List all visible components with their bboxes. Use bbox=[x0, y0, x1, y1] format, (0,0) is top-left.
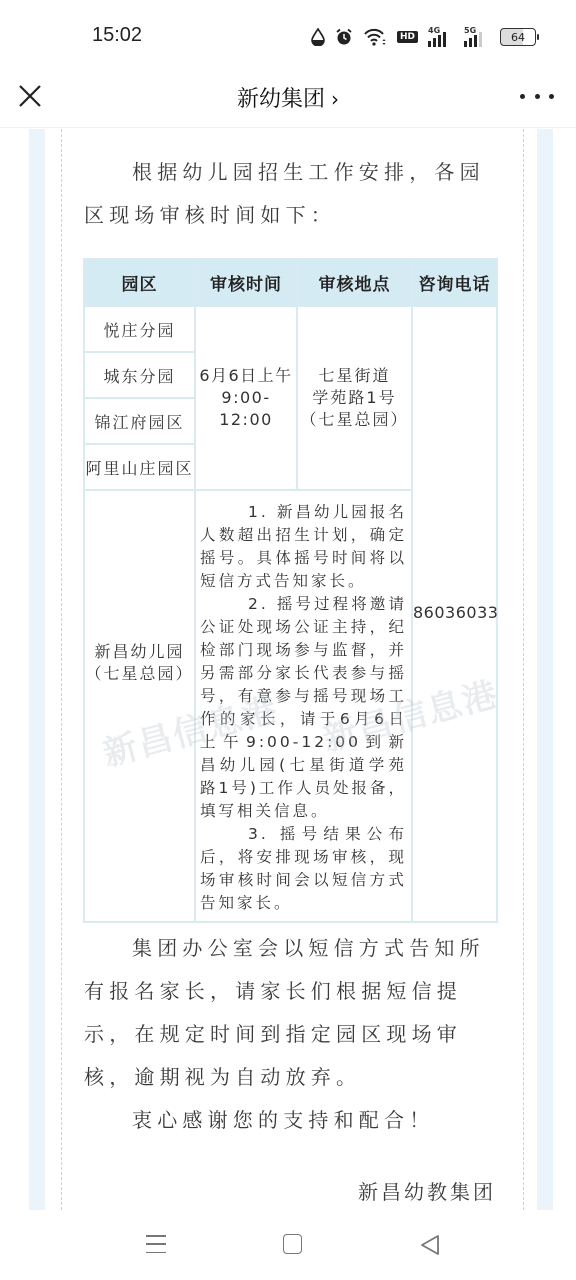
campus-cell: 悦庄分园 bbox=[84, 306, 195, 352]
note-item: 1. 新昌幼儿园报名人数超出招生计划，确定摇号。具体摇号时间将以短信方式告知家长… bbox=[200, 501, 407, 593]
intro-paragraph: 根据幼儿园招生工作安排，各园区现场审核时间如下： bbox=[84, 151, 496, 237]
review-time-cell: 6月6日上午 9:00-12:00 bbox=[195, 306, 297, 490]
campus-cell: 城东分园 bbox=[84, 352, 195, 398]
table-header-row: 园区 审核时间 审核地点 咨询电话 bbox=[84, 259, 497, 306]
header-review-location: 审核地点 bbox=[297, 259, 412, 306]
note-item: 2. 摇号过程将邀请公证处现场公证主持，纪检部门现场参与监督，并另需部分家长代表… bbox=[200, 593, 407, 823]
dashed-border-left bbox=[61, 129, 62, 1210]
campus-cell: 阿里山庄园区 bbox=[84, 444, 195, 490]
more-icon-dot bbox=[535, 94, 540, 99]
status-icons: HD 4G 5G 64 bbox=[311, 26, 536, 48]
header-campus: 园区 bbox=[84, 259, 195, 306]
menu-icon-line bbox=[146, 1252, 166, 1254]
note-item: 3. 摇号结果公布后，将安排现场审核，现场审核时间会以短信方式告知家长。 bbox=[200, 823, 407, 915]
lottery-notes-cell: 1. 新昌幼儿园报名人数超出招生计划，确定摇号。具体摇号时间将以短信方式告知家长… bbox=[195, 490, 412, 922]
decor-strip-left bbox=[29, 129, 45, 1210]
back-icon bbox=[420, 1234, 440, 1256]
menu-icon-line bbox=[146, 1235, 166, 1237]
campus-cell: 锦江府园区 bbox=[84, 398, 195, 444]
table-row: 悦庄分园 6月6日上午 9:00-12:00 七星街道 学苑路1号 （七星总园）… bbox=[84, 306, 497, 352]
decor-strip-right bbox=[537, 129, 553, 1210]
battery-icon: 64 bbox=[500, 28, 536, 46]
signal-4g-icon: 4G bbox=[428, 27, 454, 47]
header-phone: 咨询电话 bbox=[412, 259, 497, 306]
alarm-icon bbox=[335, 28, 353, 46]
article-content[interactable]: 根据幼儿园招生工作安排，各园区现场审核时间如下： 园区 审核时间 审核地点 咨询… bbox=[0, 129, 576, 1210]
wifi-icon bbox=[363, 28, 387, 46]
more-options-button[interactable] bbox=[520, 84, 554, 108]
menu-icon-line bbox=[146, 1243, 166, 1245]
thanks-paragraph: 衷心感谢您的支持和配合！ bbox=[84, 1099, 496, 1142]
notice-paragraph: 集团办公室会以短信方式告知所有报名家长，请家长们根据短信提示，在规定时间到指定园… bbox=[84, 927, 496, 1099]
back-button[interactable] bbox=[420, 1234, 440, 1256]
dashed-border-right bbox=[523, 129, 524, 1210]
chevron-right-icon: › bbox=[331, 87, 339, 111]
signature: 新昌幼教集团 bbox=[84, 1171, 496, 1210]
home-button[interactable] bbox=[283, 1234, 302, 1254]
menu-button[interactable] bbox=[146, 1234, 166, 1254]
phone-cell: 86036033 bbox=[412, 306, 497, 922]
page-title: 新幼集团 bbox=[237, 87, 325, 112]
signal-5g-icon: 5G bbox=[464, 27, 490, 47]
status-time: 15:02 bbox=[92, 24, 142, 47]
more-icon-dot bbox=[520, 94, 525, 99]
more-icon-dot bbox=[549, 94, 554, 99]
account-title-link[interactable]: 新幼集团› bbox=[0, 82, 576, 113]
nav-bar: 新幼集团› bbox=[0, 72, 576, 128]
hd-icon: HD bbox=[397, 31, 418, 43]
header-review-time: 审核时间 bbox=[195, 259, 297, 306]
status-bar: 15:02 HD 4G 5G 64 bbox=[0, 0, 576, 72]
main-campus-cell: 新昌幼儿园 （七星总园） bbox=[84, 490, 195, 922]
review-location-cell: 七星街道 学苑路1号 （七星总园） bbox=[297, 306, 412, 490]
system-nav-bar bbox=[0, 1210, 576, 1280]
review-schedule-table: 园区 审核时间 审核地点 咨询电话 悦庄分园 6月6日上午 9:00-12:00… bbox=[83, 258, 498, 923]
water-drop-icon bbox=[311, 28, 325, 46]
